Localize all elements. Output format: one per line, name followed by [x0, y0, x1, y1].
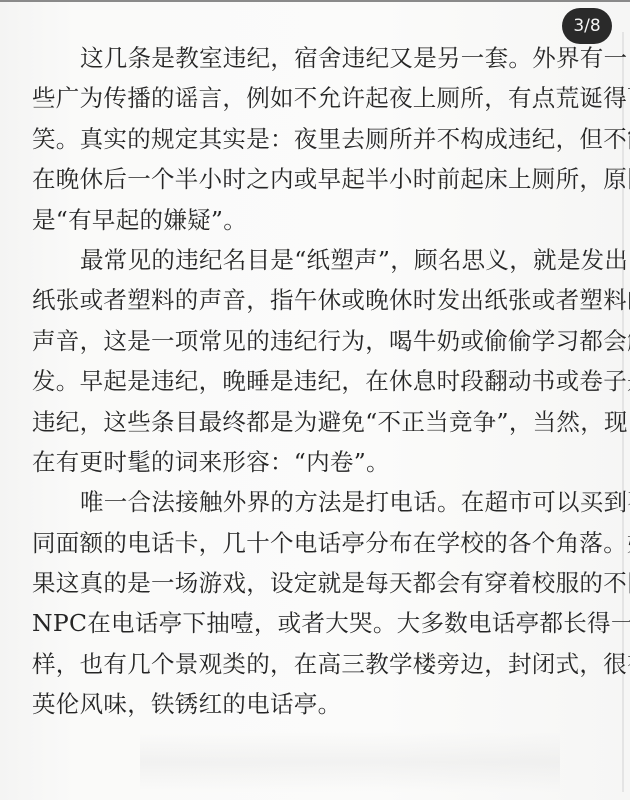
text-line: 样，也有几个景观类的，在高三教学楼旁边，封闭式，很有	[32, 644, 604, 684]
text-line: 些广为传播的谣言，例如不允许起夜上厕所，有点荒诞得可	[32, 78, 604, 118]
text-line: 在晚休后一个半小时之内或早起半小时前起床上厕所，原因	[32, 159, 604, 199]
text-line: 声音，这是一项常见的违纪行为，喝牛奶或偷偷学习都会触	[32, 321, 604, 361]
text-line: NPC在电话亭下抽噎，或者大哭。大多数电话亭都长得一	[32, 603, 604, 643]
page-text: 这几条是教室违纪，宿舍违纪又是另一套。外界有一 些广为传播的谣言，例如不允许起夜…	[32, 38, 604, 725]
text-line: 这几条是教室违纪，宿舍违纪又是另一套。外界有一	[32, 38, 604, 78]
text-line: 果这真的是一场游戏，设定就是每天都会有穿着校服的不同	[32, 563, 604, 603]
text-line: 发。早起是违纪，晚睡是违纪，在休息时段翻动书或卷子是	[32, 361, 604, 401]
text-line: 英伦风味，铁锈红的电话亭。	[32, 684, 604, 724]
text-line: 唯一合法接触外界的方法是打电话。在超市可以买到不	[32, 482, 604, 522]
text-line: 在有更时髦的词来形容：“内卷”。	[32, 442, 604, 482]
text-line: 违纪，这些条目最终都是为避免“不正当竞争”，当然，现	[32, 402, 604, 442]
text-line: 同面额的电话卡，几十个电话亭分布在学校的各个角落。如	[32, 523, 604, 563]
text-line: 是“有早起的嫌疑”。	[32, 200, 604, 240]
text-line: 最常见的违纪名目是“纸塑声”，顾名思义，就是发出	[32, 240, 604, 280]
text-line: 纸张或者塑料的声音，指午休或晚休时发出纸张或者塑料的	[32, 280, 604, 320]
text-line: 笑。真实的规定其实是：夜里去厕所并不构成违纪，但不能	[32, 119, 604, 159]
bleed-through-text	[140, 732, 560, 792]
